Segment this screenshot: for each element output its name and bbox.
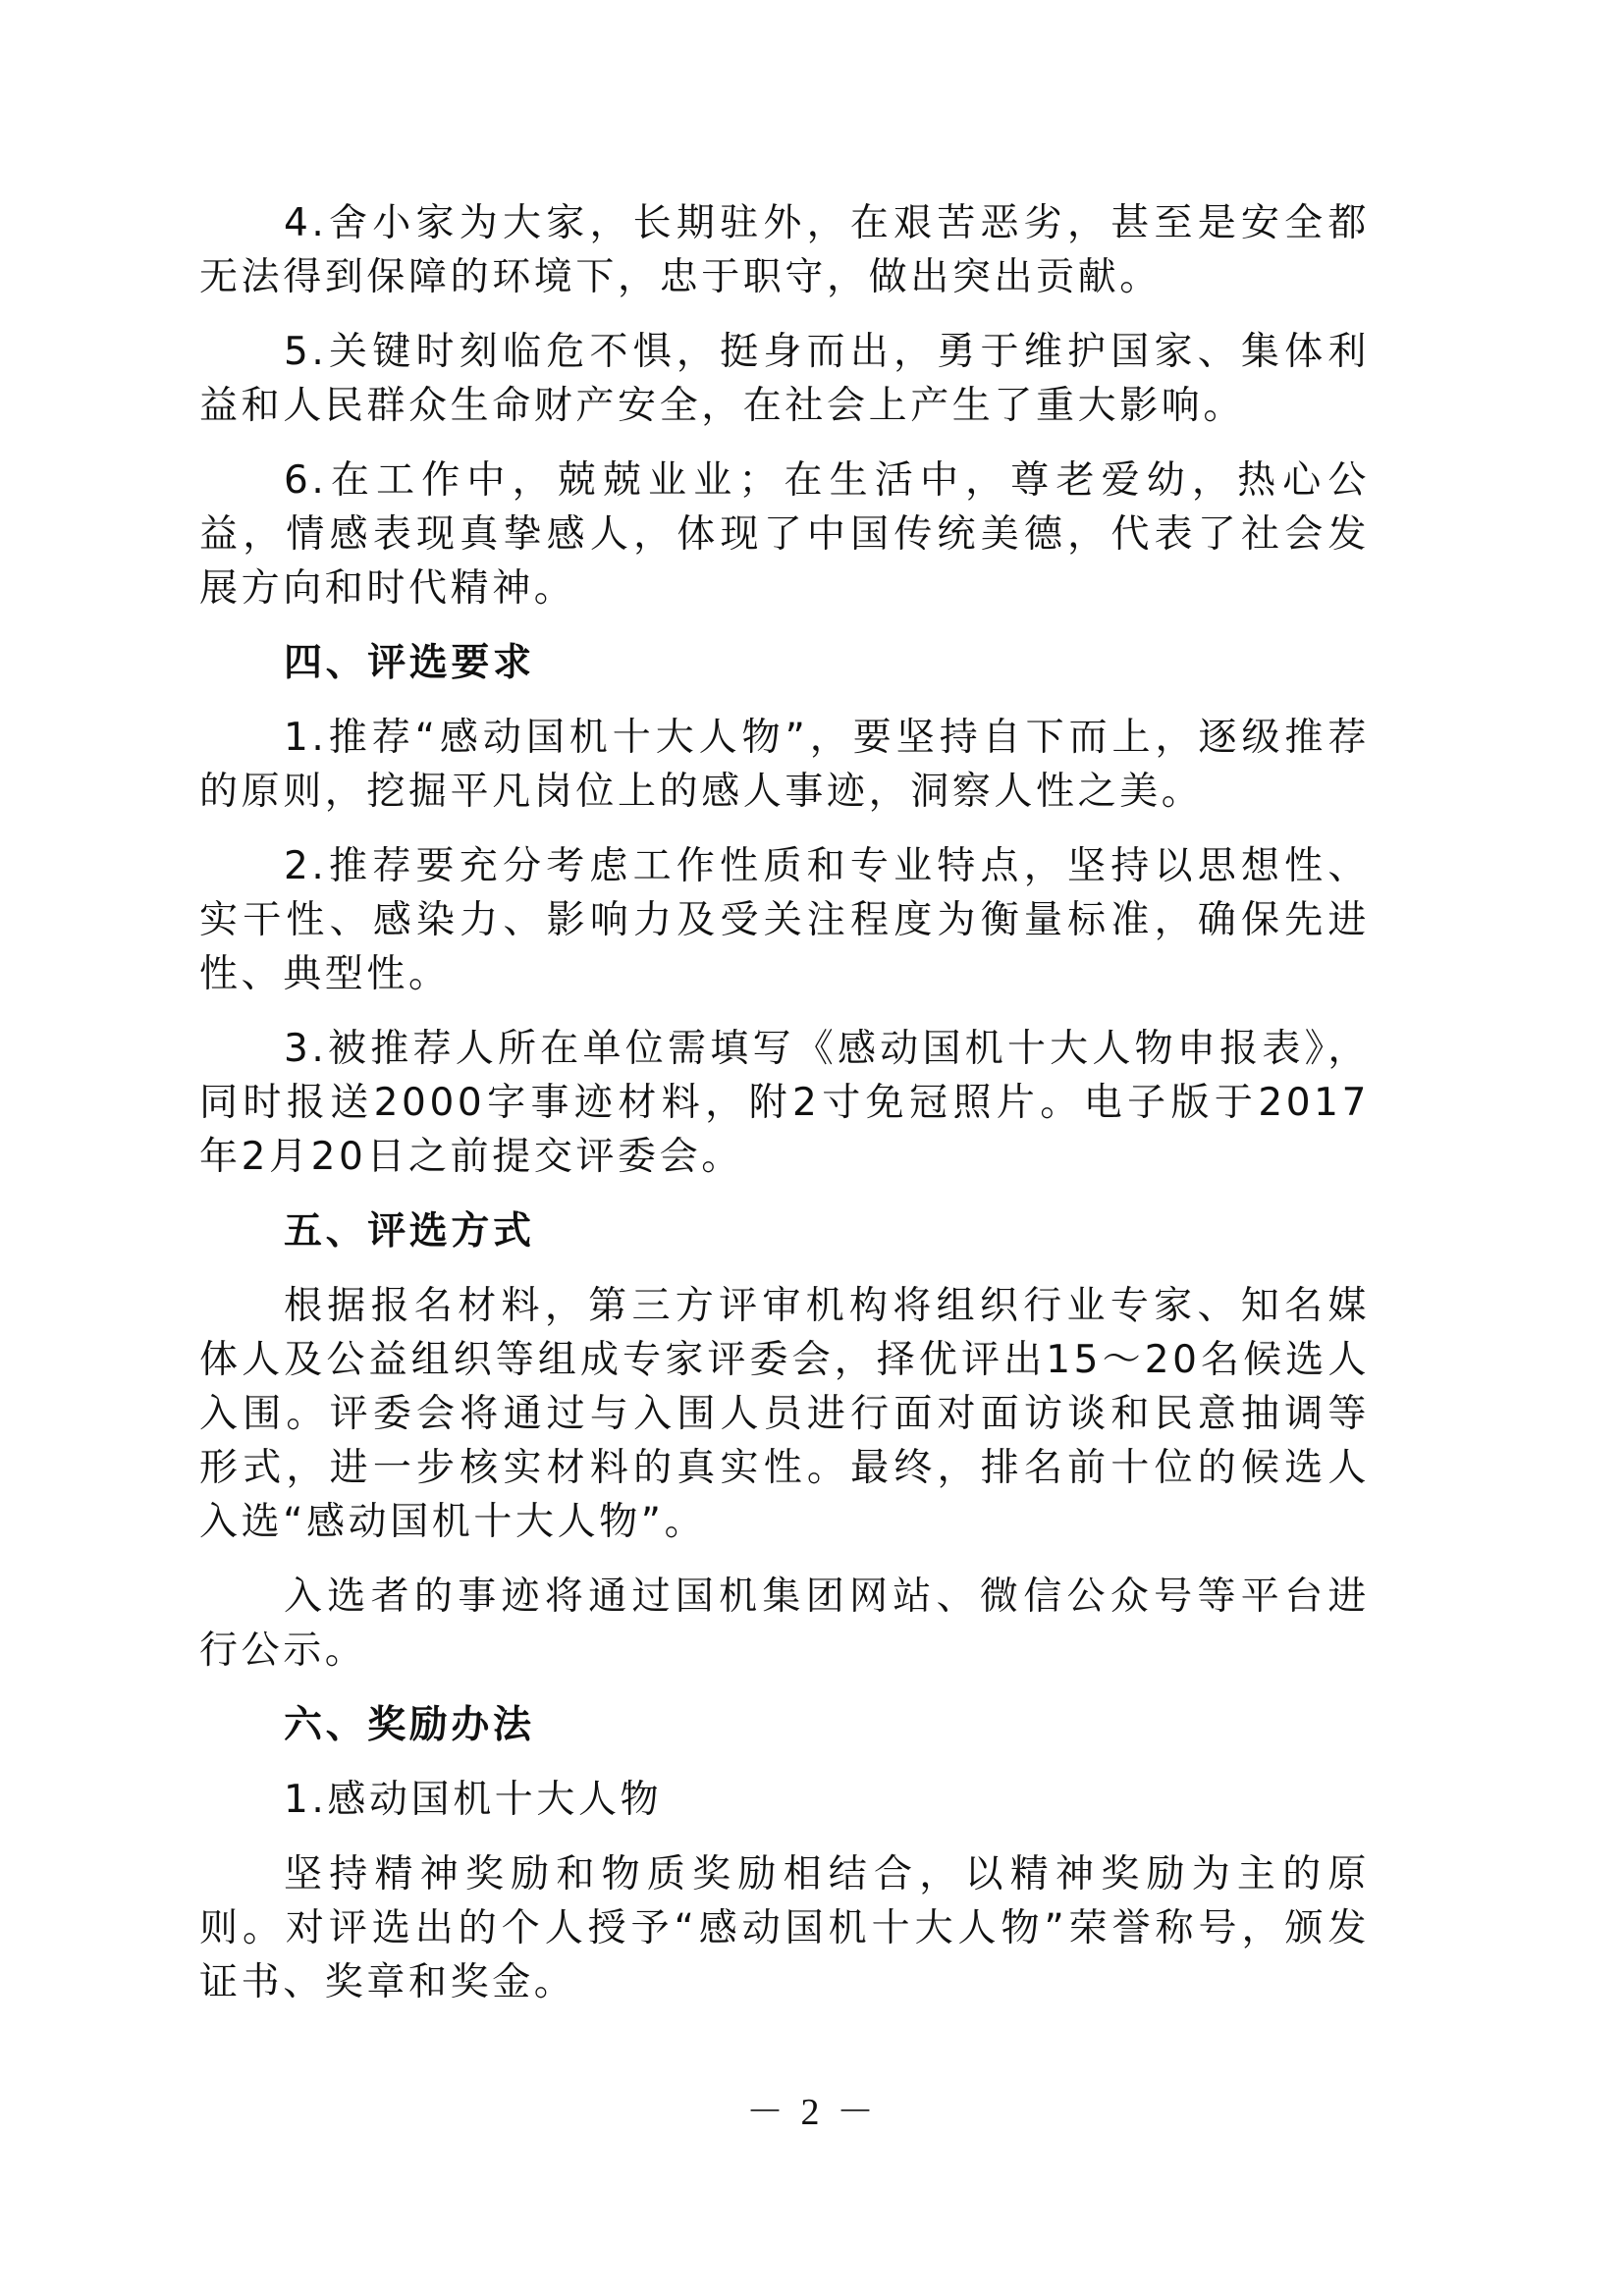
- criteria-item-4: 4.舍小家为大家，长期驻外，在艰苦恶劣，甚至是安全都无法得到保障的环境下，忠于职…: [199, 196, 1370, 304]
- method-paragraph-1: 根据报名材料，第三方评审机构将组织行业专家、知名媒体人及公益组织等组成专家评委会…: [199, 1279, 1370, 1549]
- section-heading-rewards: 六、奖励办法: [199, 1698, 1370, 1752]
- requirement-item-2: 2.推荐要充分考虑工作性质和专业特点，坚持以思想性、实干性、感染力、影响力及受关…: [199, 839, 1370, 1001]
- page-number: － 2 －: [0, 2081, 1624, 2135]
- method-paragraph-2: 入选者的事迹将通过国机集团网站、微信公众号等平台进行公示。: [199, 1570, 1370, 1678]
- reward-paragraph-1: 坚持精神奖励和物质奖励相结合，以精神奖励为主的原则。对评选出的个人授予“感动国机…: [199, 1847, 1370, 2009]
- criteria-item-6: 6.在工作中，兢兢业业；在生活中，尊老爱幼，热心公益，情感表现真挚感人，体现了中…: [199, 454, 1370, 615]
- section-heading-requirements: 四、评选要求: [199, 636, 1370, 690]
- criteria-item-5: 5.关键时刻临危不惧，挺身而出，勇于维护国家、集体利益和人民群众生命财产安全，在…: [199, 325, 1370, 433]
- requirement-item-1: 1.推荐“感动国机十大人物”，要坚持自下而上，逐级推荐的原则，挖掘平凡岗位上的感…: [199, 711, 1370, 819]
- document-body: 4.舍小家为大家，长期驻外，在艰苦恶劣，甚至是安全都无法得到保障的环境下，忠于职…: [199, 196, 1370, 2030]
- section-heading-method: 五、评选方式: [199, 1204, 1370, 1258]
- reward-subheading-1: 1.感动国机十大人物: [199, 1773, 1370, 1827]
- requirement-item-3: 3.被推荐人所在单位需填写《感动国机十大人物申报表》，同时报送2000字事迹材料…: [199, 1022, 1370, 1184]
